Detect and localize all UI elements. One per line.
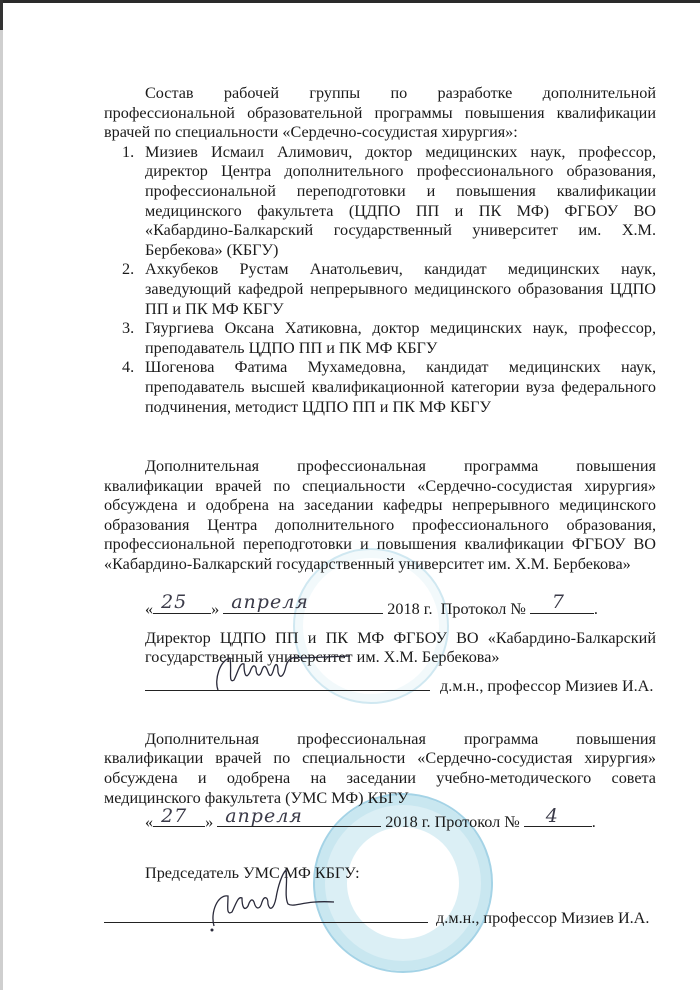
list-item: 4.Шогенова Фатима Мухамедовна, кандидат … (104, 358, 656, 417)
list-number: 4. (122, 358, 134, 378)
approval-date-2: «27» апреля 2018 г. Протокол № 4. (104, 808, 656, 830)
approval-paragraph-1: Дополнительная профессиональная программ… (104, 457, 656, 575)
signature-row-1: д.м.н., профессор Мизиев И.А. (104, 672, 656, 696)
year-text: 2018 г. (387, 600, 432, 618)
list-number: 2. (122, 260, 134, 280)
signature-row-2: д.м.н., профессор Мизиев И.А. (104, 904, 656, 928)
protocol-field: 4 (524, 808, 592, 827)
quote-open: « (145, 813, 153, 831)
handwritten-signature (210, 650, 360, 696)
approval-date-1: «25» апреля 2018 г. Протокол № 7. (104, 595, 656, 617)
period: . (592, 813, 596, 831)
day-field: 27 (153, 808, 205, 827)
handwritten-signature (204, 866, 344, 936)
list-item: 1.Мизиев Исмаил Алимович, доктор медицин… (104, 143, 656, 261)
intro-paragraph: Состав рабочей группы по разработке допо… (104, 84, 656, 143)
member-text: Мизиев Исмаил Алимович, доктор медицинск… (145, 143, 656, 259)
scan-edge-top (0, 0, 700, 3)
list-item: 3.Гяургиева Оксана Хатиковна, доктор мед… (104, 319, 656, 358)
month-field: апреля (217, 808, 381, 827)
signer-name-1: д.м.н., профессор Мизиев И.А. (440, 677, 653, 695)
list-number: 3. (122, 319, 134, 339)
document-page: Состав рабочей группы по разработке допо… (104, 84, 656, 928)
approval-paragraph-2: Дополнительная профессиональная программ… (104, 730, 656, 808)
quote-open: « (145, 600, 153, 618)
protocol-field: 7 (530, 595, 594, 614)
list-item: 2.Ахкубеков Рустам Анатольевич, кандидат… (104, 260, 656, 319)
signer-name-2: д.м.н., профессор Мизиев И.А. (436, 909, 649, 927)
handwritten-day: 25 (161, 593, 187, 613)
signature-line (145, 672, 430, 691)
quote-close: » (205, 813, 213, 831)
month-field: апреля (223, 595, 383, 614)
member-text: Гяургиева Оксана Хатиковна, доктор медиц… (145, 319, 656, 357)
handwritten-protocol-number: 4 (546, 807, 559, 827)
period: . (594, 600, 598, 618)
protocol-label: Протокол № (441, 600, 526, 618)
signer-title-1: Директор ЦДПО ПП и ПК МФ ФГБОУ ВО «Кабар… (104, 629, 656, 668)
handwritten-protocol-number: 7 (552, 593, 565, 613)
working-group-list: 1.Мизиев Исмаил Алимович, доктор медицин… (104, 143, 656, 417)
member-text: Ахкубеков Рустам Анатольевич, кандидат м… (145, 260, 656, 317)
scan-edge-corner (0, 0, 3, 30)
signer-title-2: Председатель УМС МФ КБГУ: (104, 864, 656, 884)
year-text: 2018 г. (385, 813, 430, 831)
scan-edge-left (0, 0, 3, 990)
list-number: 1. (122, 143, 134, 163)
handwritten-month: апреля (231, 593, 309, 613)
handwritten-day: 27 (161, 807, 187, 827)
protocol-label: Протокол № (435, 813, 520, 831)
signature-line (104, 904, 428, 923)
day-field: 25 (153, 595, 211, 614)
quote-close: » (211, 600, 219, 618)
member-text: Шогенова Фатима Мухамедовна, кандидат ме… (145, 358, 656, 415)
handwritten-month: апреля (225, 807, 303, 827)
